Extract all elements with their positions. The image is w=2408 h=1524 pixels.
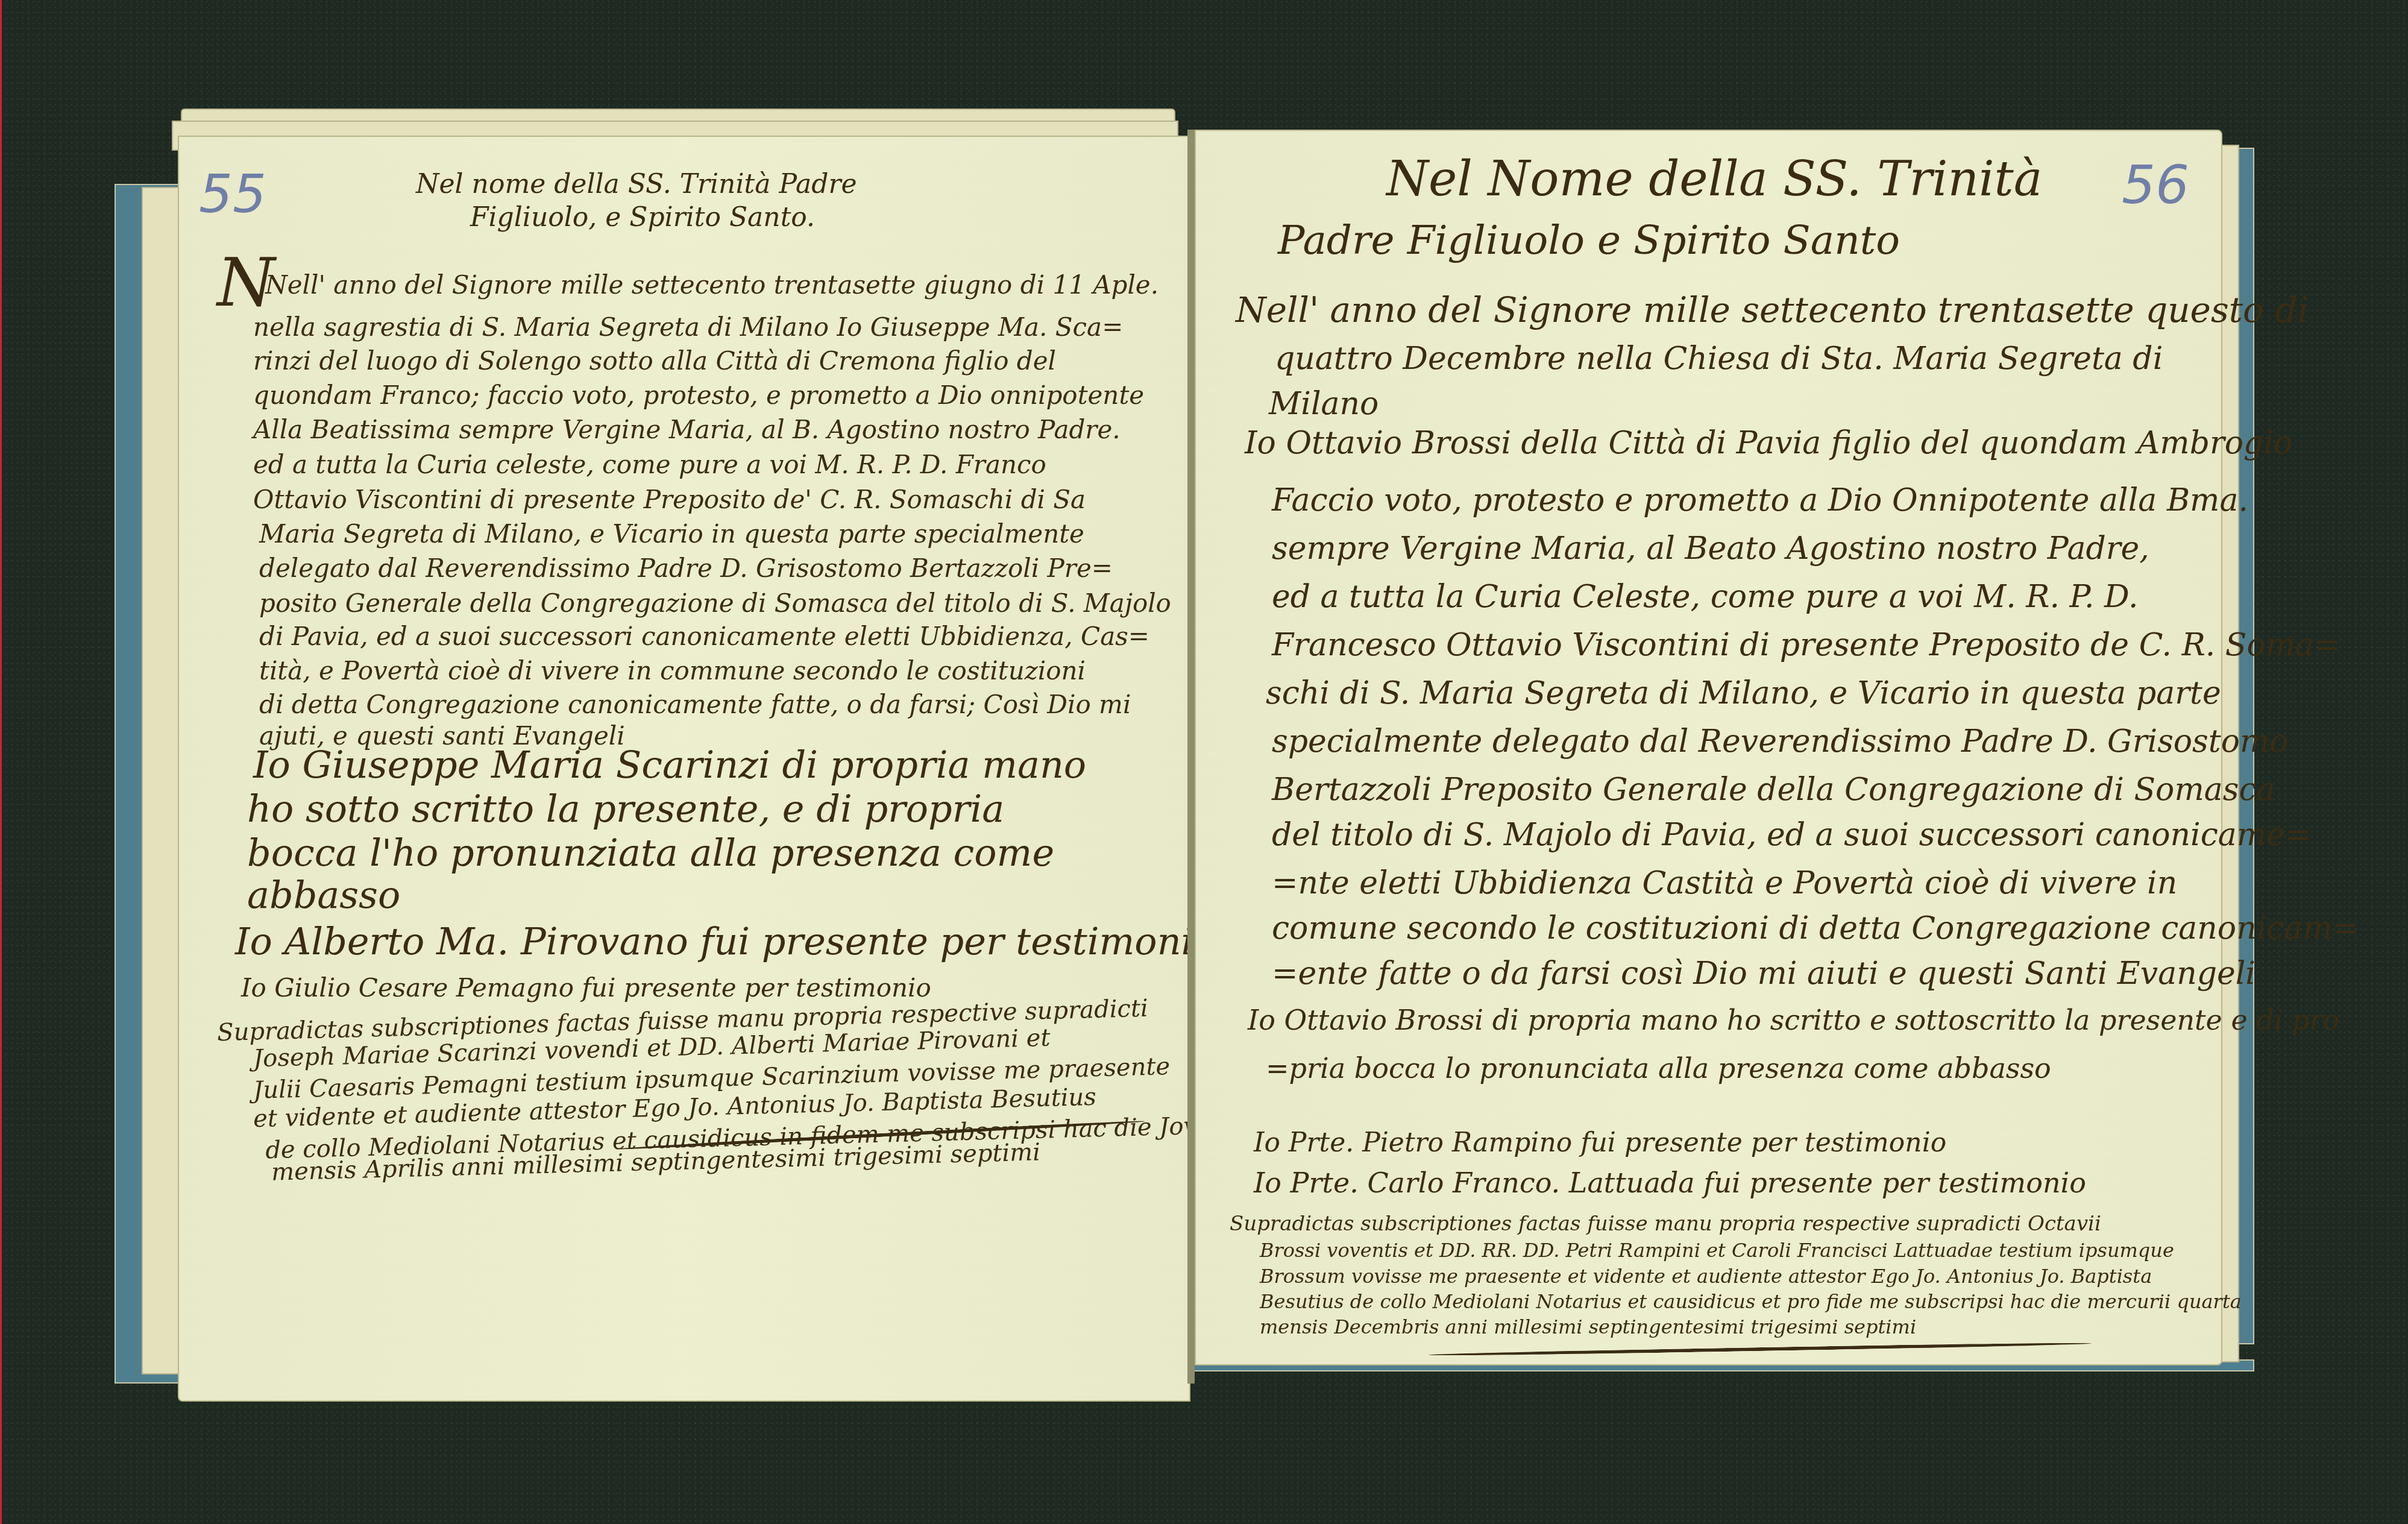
witness-line: Io Prte. Pietro Rampino fui presente per… bbox=[1254, 1127, 1946, 1158]
text-line: quondam Franco; faccio voto, protesto, e… bbox=[253, 383, 1144, 408]
right-heading-line-1: Nel Nome della SS. Trinità bbox=[1386, 151, 2042, 207]
signature-line: bocca l'ho pronunziata alla presenza com… bbox=[247, 831, 1054, 875]
attestation-line: Besutius de collo Mediolani Notarius et … bbox=[1260, 1290, 2242, 1313]
left-heading-line-1: Nel nome della SS. Trinità Padre bbox=[416, 169, 857, 200]
text-line: delegato dal Reverendissimo Padre D. Gri… bbox=[259, 556, 1113, 581]
text-line: Nell' anno del Signore mille settecento … bbox=[1236, 289, 2309, 330]
text-line: sempre Vergine Maria, al Beato Agostino … bbox=[1272, 531, 2149, 567]
text-line: Io Ottavio Brossi della Città di Pavia f… bbox=[1245, 425, 2292, 461]
text-line: nella sagrestia di S. Maria Segreta di M… bbox=[253, 315, 1123, 340]
text-line: Milano bbox=[1269, 386, 1378, 422]
text-line: di Pavia, ed a suoi successori canonicam… bbox=[259, 624, 1149, 649]
folio-number-right: 56 bbox=[2122, 154, 2189, 216]
witness-line: Io Alberto Ma. Pirovano fui presente per… bbox=[235, 919, 1216, 963]
text-line: ed a tutta la Curia Celeste, come pure a… bbox=[1272, 579, 2138, 615]
text-line: comune secondo le costituzioni di detta … bbox=[1272, 910, 2359, 946]
book-spine-gutter bbox=[1187, 130, 1195, 1384]
signature-line: Io Ottavio Brossi di propria mano ho scr… bbox=[1248, 1004, 2339, 1036]
text-line: Bertazzoli Preposito Generale della Cong… bbox=[1272, 772, 2275, 808]
text-line: Maria Segreta di Milano, e Vicario in qu… bbox=[259, 521, 1084, 547]
text-line: quattro Decembre nella Chiesa di Sta. Ma… bbox=[1275, 341, 2163, 377]
text-line: tità, e Povertà cioè di vivere in commun… bbox=[259, 658, 1086, 684]
text-line: posito Generale della Congregazione di S… bbox=[259, 591, 1171, 616]
text-line: ed a tutta la Curia celeste, come pure a… bbox=[253, 452, 1046, 477]
text-line: del titolo di S. Majolo di Pavia, ed a s… bbox=[1272, 817, 2311, 853]
signature-line: =pria bocca lo pronunciata alla presenza… bbox=[1266, 1052, 2051, 1085]
right-heading-line-2: Padre Figliuolo e Spirito Santo bbox=[1278, 217, 1900, 263]
left-heading-line-2: Figliuolo, e Spirito Santo. bbox=[470, 202, 815, 233]
text-line: =ente fatte o da farsi così Dio mi aiuti… bbox=[1272, 956, 2256, 992]
text-line: schi di S. Maria Segreta di Milano, e Vi… bbox=[1266, 675, 2221, 711]
text-line: Faccio voto, protesto e prometto a Dio O… bbox=[1272, 482, 2248, 518]
text-line: =nte eletti Ubbidienza Castità e Povertà… bbox=[1272, 865, 2177, 901]
attestation-line: Supradictas subscriptiones factas fuisse… bbox=[1230, 1212, 2101, 1236]
text-line: Ottavio Viscontini di presente Preposito… bbox=[253, 487, 1086, 512]
text-line: specialmente delegato dal Reverendissimo… bbox=[1272, 723, 2289, 760]
witness-line: Io Giulio Cesare Pemagno fui presente pe… bbox=[241, 975, 931, 1001]
text-line: Nell' anno del Signore mille settecento … bbox=[265, 272, 1158, 298]
scan-edge-marker bbox=[0, 0, 2, 1524]
attestation-line: mensis Decembris anni millesimi septinge… bbox=[1260, 1315, 1916, 1338]
text-line: Francesco Ottavio Viscontini di presente… bbox=[1272, 627, 2340, 663]
text-line: di detta Congregazione canonicamente fat… bbox=[259, 692, 1131, 717]
text-line: Alla Beatissima sempre Vergine Maria, al… bbox=[253, 417, 1121, 442]
folio-number-left: 55 bbox=[199, 163, 266, 225]
witness-line: Io Prte. Carlo Franco. Lattuada fui pres… bbox=[1254, 1167, 2086, 1199]
signature-line: ho sotto scritto la presente, e di propr… bbox=[247, 787, 1004, 831]
signature-line: abbasso bbox=[247, 873, 400, 917]
attestation-line: Brossum vovisse me praesente et vidente … bbox=[1260, 1265, 2152, 1288]
signature-line: Io Giuseppe Maria Scarinzi di propria ma… bbox=[253, 743, 1086, 787]
attestation-line: Brossi voventis et DD. RR. DD. Petri Ram… bbox=[1260, 1239, 2174, 1262]
text-line: rinzi del luogo di Solengo sotto alla Ci… bbox=[253, 348, 1056, 374]
